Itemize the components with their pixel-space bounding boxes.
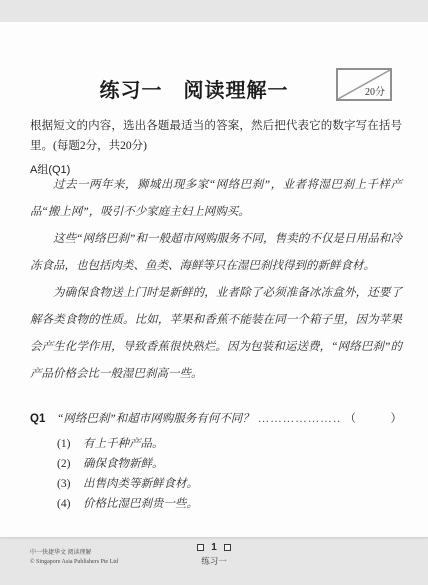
option-text: 价格比湿巴刹贵一些。 — [83, 494, 198, 514]
score-label: 20分 — [365, 83, 385, 98]
page-number-row: 1 — [0, 542, 428, 553]
footer-page-label: 练习一 — [0, 555, 428, 567]
reading-passage: 过去一两年来，狮城出现多家“网络巴刹”，业者将湿巴刹上千样产品“搬上网”，吸引不… — [30, 172, 402, 388]
option-text: 出售肉类等新鲜食材。 — [83, 474, 198, 494]
option-text: 有上千种产品。 — [83, 434, 164, 454]
option-row: (4) 价格比湿巴刹贵一些。 — [57, 494, 402, 514]
option-number: (4) — [57, 494, 83, 514]
page-marker-square-icon — [197, 544, 204, 551]
page-number: 1 — [211, 542, 217, 553]
instruction-text: 根据短文的内容，选出各题最适当的答案，然后把代表它的数字写在括号里。(每题2分，… — [30, 117, 402, 156]
paper-sheet: 练习一 阅读理解一 20分 根据短文的内容，选出各题最适当的答案，然后把代表它的… — [0, 22, 428, 537]
question-line: Q1 “网络巴刹”和超市网购服务有何不同？ ………………………………………………… — [30, 410, 402, 426]
question-number: Q1 — [30, 413, 57, 425]
answer-bracket: （ ） — [345, 410, 403, 426]
option-number: (1) — [57, 434, 83, 454]
question-text: “网络巴刹”和超市网购服务有何不同？ — [57, 410, 254, 426]
passage-paragraph: 这些“网络巴刹”和一般超市网购服务不同，售卖的不仅是日用品和冷冻食品，也包括肉类… — [30, 226, 402, 280]
option-text: 确保食物新鲜。 — [83, 454, 164, 474]
option-row: (1) 有上千种产品。 — [57, 434, 402, 454]
passage-paragraph: 为确保食物送上门时是新鲜的，业者除了必须准备冰冻盒外，还要了解各类食物的性质。比… — [30, 280, 402, 388]
question-block: Q1 “网络巴刹”和超市网购服务有何不同？ ………………………………………………… — [30, 410, 402, 514]
scanned-workbook-page: { "page": { "title": "练习一 阅读理解一", "score… — [0, 0, 428, 585]
score-box: 20分 — [336, 68, 392, 101]
option-row: (2) 确保食物新鲜。 — [57, 454, 402, 474]
option-row: (3) 出售肉类等新鲜食材。 — [57, 474, 402, 494]
page-title: 练习一 阅读理解一 — [0, 74, 388, 103]
footer-page-indicator: 1 练习一 — [0, 542, 428, 567]
passage-paragraph: 过去一两年来，狮城出现多家“网络巴刹”，业者将湿巴刹上千样产品“搬上网”，吸引不… — [30, 172, 402, 226]
options-list: (1) 有上千种产品。 (2) 确保食物新鲜。 (3) 出售肉类等新鲜食材。 (… — [30, 434, 402, 514]
option-number: (3) — [57, 474, 83, 494]
dots-leader: ……………………………………………………………… — [258, 413, 341, 425]
page-marker-square-icon — [224, 544, 231, 551]
option-number: (2) — [57, 454, 83, 474]
